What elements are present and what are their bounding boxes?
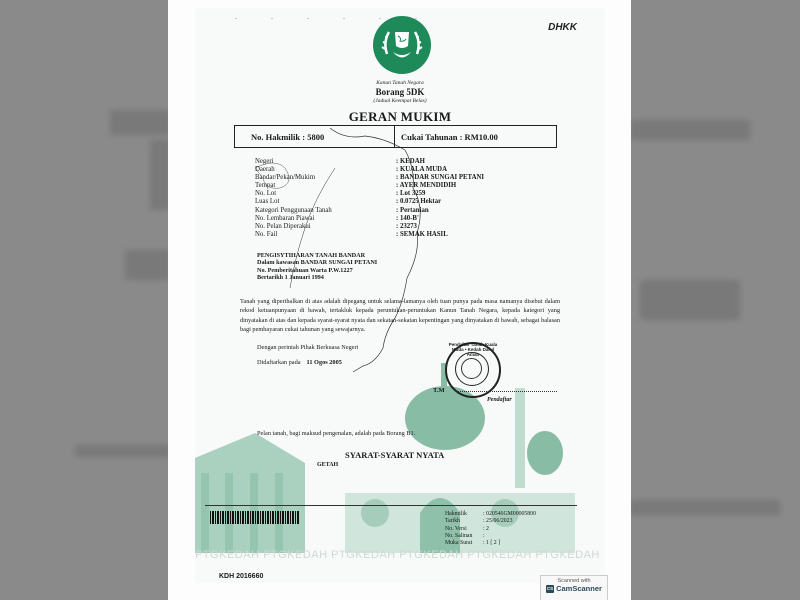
- title-info-box: No. Hakmilik : 5800 Cukai Tahunan : RM10…: [234, 125, 557, 148]
- conditions-value: GETAH: [317, 462, 338, 468]
- serial-number: KDH 2016660: [219, 573, 263, 580]
- town-declaration: PENGISYTIHARAN TANAH BANDAR Dalam kawasa…: [257, 252, 377, 282]
- ptg-watermark: PTGKEDAH PTGKEDAH PTGKEDAH PTGKEDAH PTGK…: [195, 549, 605, 561]
- detail-row: Luas Lot: 0.0725 Hektar: [255, 198, 484, 206]
- kedah-emblem-icon: [373, 16, 431, 74]
- document-code: DHKK: [548, 22, 577, 33]
- detail-row: Daerah: KUALA MUDA: [255, 166, 484, 174]
- scanned-page: . . . . . . DHKK Kanun Tanah Negara Bora…: [168, 0, 631, 600]
- registrar-label: Pendaftar: [487, 397, 512, 403]
- tenure-paragraph: Tanah yang diperihalkan di atas adalah d…: [240, 297, 560, 334]
- document-title: GERAN MUKIM: [195, 109, 605, 125]
- act-name: Kanun Tanah Negara: [195, 80, 605, 86]
- camscanner-badge: Scanned with CSCamScanner: [540, 575, 608, 600]
- detail-row: No. Fail: SEMAK HASIL: [255, 231, 484, 239]
- annual-tax: Cukai Tahunan : RM10.00: [395, 126, 556, 147]
- form-number: Borang 5DK: [195, 87, 605, 97]
- detail-row: No. Lot: Lot 3259: [255, 190, 484, 198]
- detail-row: Bandar/Pekan/Mukim: BANDAR SUNGAI PETANI: [255, 174, 484, 182]
- detail-row: No. Pelan Diperakui: 23273: [255, 223, 484, 231]
- detail-row: Negeri: KEDAH: [255, 158, 484, 166]
- barcode: [210, 511, 300, 524]
- conditions-heading: SYARAT-SYARAT NYATA: [345, 450, 444, 460]
- detail-row: Tempat: AYER MENDIDIH: [255, 182, 484, 190]
- schedule-note: (Jadual Keempat Belas): [195, 98, 605, 104]
- plan-note: Pelan tanah, bagi maksud pengenalan, ada…: [257, 430, 415, 437]
- detail-row: No. Lembaran Piawai: 140-B': [255, 215, 484, 223]
- divider: [205, 505, 577, 506]
- authority-line: Dengan perintah Pihak Berkuasa Negeri: [257, 344, 358, 351]
- land-details: Negeri: KEDAH Daerah: KUALA MUDA Bandar/…: [255, 158, 484, 239]
- document-metadata: Hakmilik: 020546GM00005800 Tarikh: 25/06…: [445, 511, 536, 547]
- land-title-document: . . . . . . DHKK Kanun Tanah Negara Bora…: [195, 8, 605, 583]
- title-number: No. Hakmilik : 5800: [235, 126, 395, 147]
- camscanner-logo-icon: CS: [546, 585, 554, 593]
- signature-line: T.M: [433, 387, 557, 394]
- detail-row: Kategori Penggunaan Tanah: Pertanian: [255, 207, 484, 215]
